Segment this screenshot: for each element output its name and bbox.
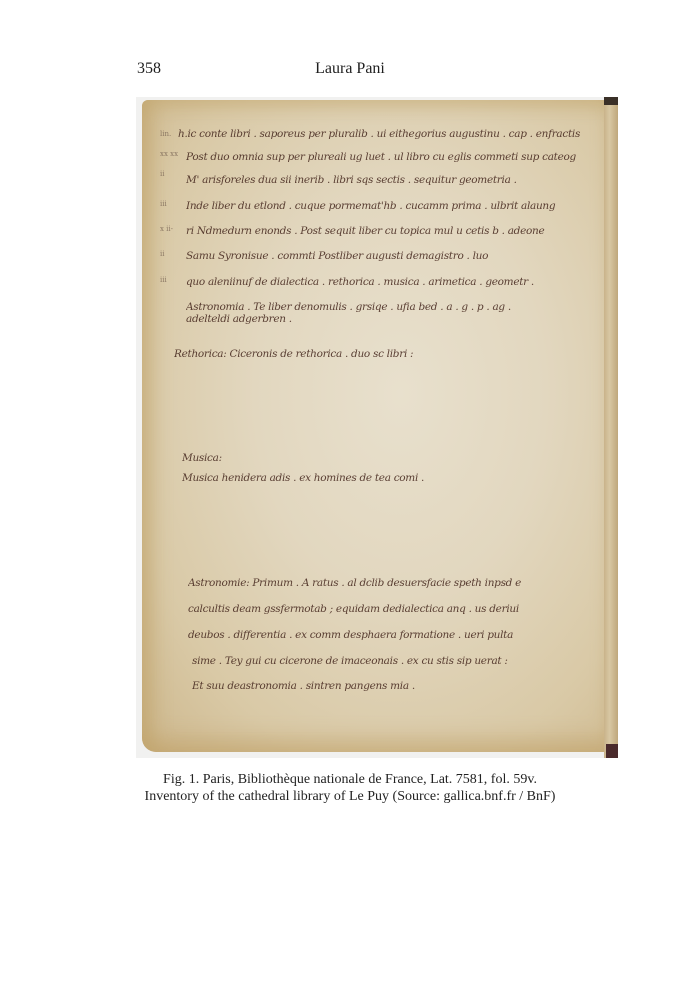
caption-line-2: Inventory of the cathedral library of Le… <box>0 788 700 805</box>
manuscript-line: calcultis deam gssfermotab ; equidam ded… <box>188 603 608 615</box>
marginal-note: ii <box>160 250 164 258</box>
parchment-folio: lin. xx xx ii iii x ii- ii iii h.ic cont… <box>142 100 612 752</box>
manuscript-line: ri Ndmedurn enonds . Post sequit liber c… <box>186 225 606 237</box>
marginal-note: xx xx <box>160 150 178 158</box>
manuscript-line: h.ic conte libri . saporeus per pluralib… <box>178 128 598 140</box>
manuscript-line: sime . Tey gui cu cicerone de imaceonais… <box>192 655 562 667</box>
manuscript-line: Post duo omnia sup per plureali ug luet … <box>186 151 606 163</box>
marginal-note: iii <box>160 276 167 284</box>
manuscript-line: Astronomia . Te liber denomulis . grsiqe… <box>186 301 606 313</box>
binding-edge-bottom <box>606 744 618 758</box>
manuscript-line: Musica: <box>182 452 262 464</box>
marginal-note: iii <box>160 200 167 208</box>
manuscript-line: Inde liber du etlond . cuque pormemat'hb… <box>186 200 606 212</box>
figure-caption: Fig. 1. Paris, Bibliothèque nationale de… <box>0 771 700 805</box>
caption-line-1: Fig. 1. Paris, Bibliothèque nationale de… <box>0 771 700 788</box>
binding-edge <box>604 97 618 758</box>
manuscript-line: M' arisforeles dua sii inerib . libri sq… <box>186 174 576 186</box>
manuscript-line: Et suu deastronomia . sintren pangens mi… <box>192 680 462 692</box>
marginal-note: x ii- <box>160 225 173 233</box>
manuscript-figure: lin. xx xx ii iii x ii- ii iii h.ic cont… <box>136 97 618 758</box>
manuscript-line: Musica henidera adis . ex homines de tea… <box>182 472 462 484</box>
manuscript-line: Astronomie: Primum . A ratus . al dclib … <box>188 577 588 589</box>
manuscript-line: Samu Syronisue . commti Postliber august… <box>186 250 596 262</box>
marginal-note: ii <box>160 170 164 178</box>
running-head: Laura Pani <box>0 60 700 78</box>
binding-edge-top <box>604 97 618 105</box>
manuscript-line: deubos . differentia . ex comm desphaera… <box>188 629 588 641</box>
manuscript-line: Rethorica: Ciceronis de rethorica . duo … <box>174 348 474 360</box>
manuscript-line: adelteldi adgerbren . <box>186 313 326 325</box>
manuscript-line: quo aleniinuf de dialectica . rethorica … <box>186 276 606 288</box>
marginal-note: lin. <box>160 130 171 138</box>
